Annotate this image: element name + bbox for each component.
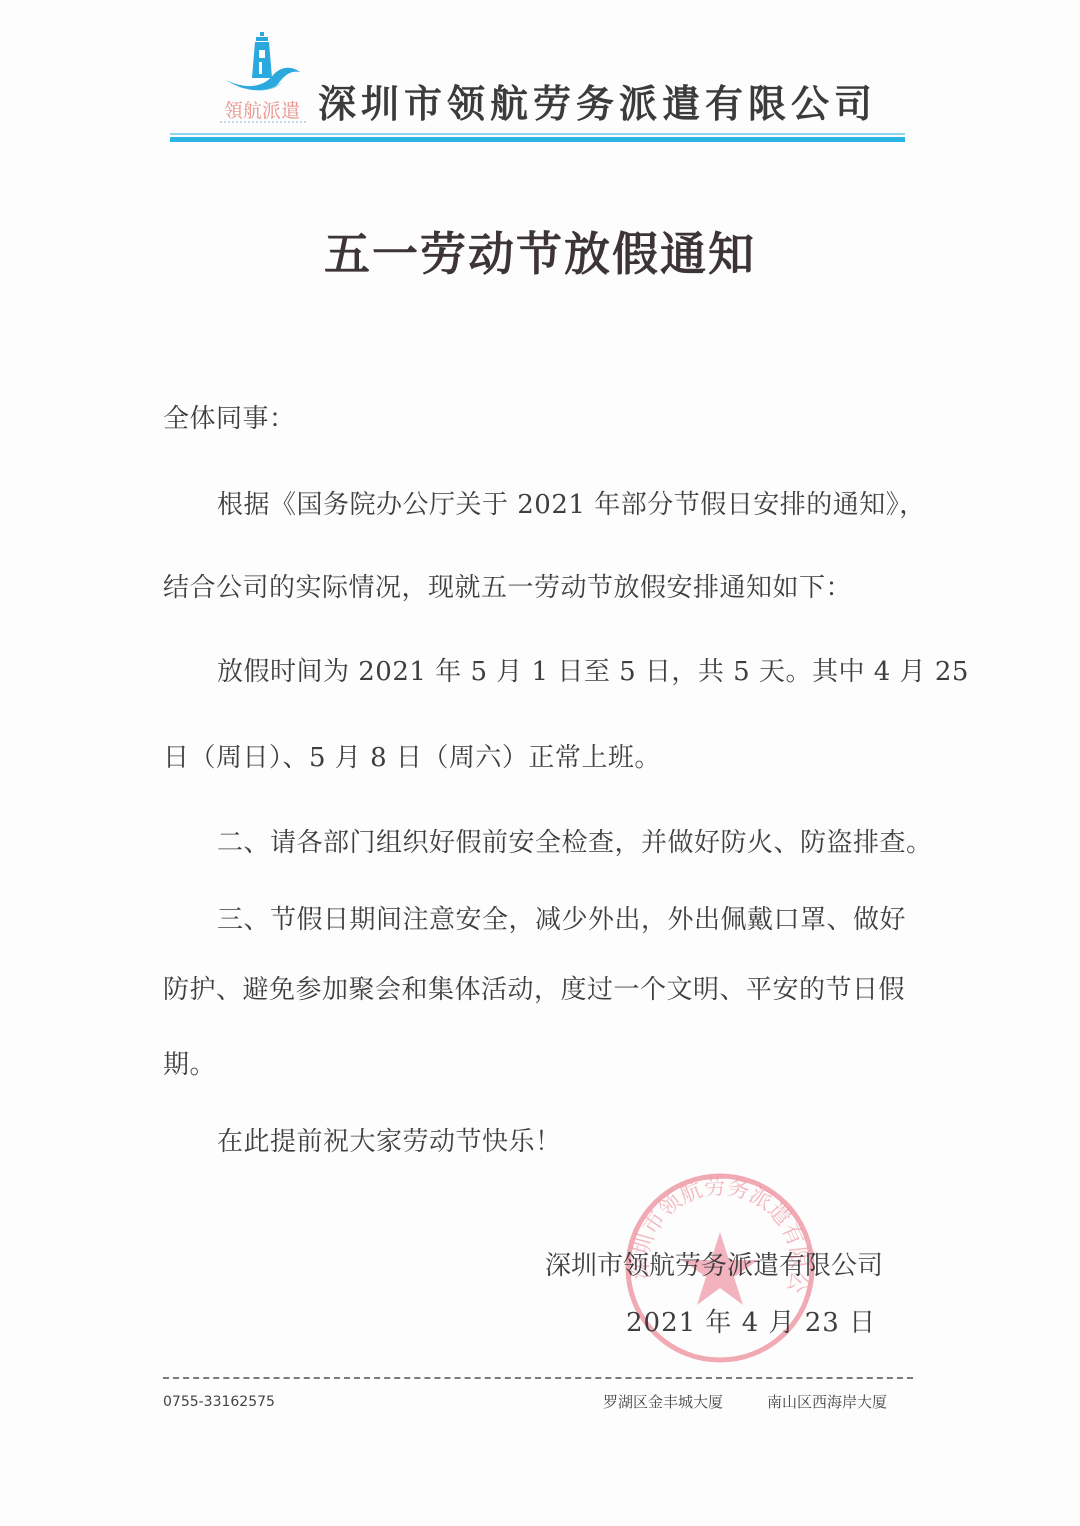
footer-address-nanshan: 南山区西海岸大厦 bbox=[767, 1391, 887, 1412]
closing-line: 在此提前祝大家劳动节快乐！ bbox=[217, 1121, 562, 1158]
body-line: 日（周日）、5 月 8 日（周六）正常上班。 bbox=[163, 737, 661, 774]
logo-subtitle bbox=[220, 121, 306, 124]
body-line: 三、节假日期间注意安全，减少外出，外出佩戴口罩、做好 bbox=[217, 899, 906, 936]
letterhead: 領航派遣 深圳市领航劳务派遣有限公司 bbox=[0, 0, 1080, 160]
body-line: 防护、避免参加聚会和集体活动，度过一个文明、平安的节日假 bbox=[163, 969, 905, 1006]
logo-text: 領航派遣 bbox=[212, 96, 312, 123]
document-title: 五一劳动节放假通知 bbox=[0, 218, 1080, 284]
body-line: 根据《国务院办公厅关于 2021 年部分节假日安排的通知》， bbox=[217, 484, 926, 521]
company-logo: 領航派遣 bbox=[212, 30, 312, 125]
body-line: 二、请各部门组织好假前安全检查，并做好防火、防盗排查。 bbox=[217, 822, 933, 859]
footer-address-luohu: 罗湖区金丰城大厦 bbox=[603, 1391, 723, 1412]
salutation: 全体同事： bbox=[163, 398, 296, 435]
header-rule bbox=[170, 137, 905, 142]
body-line: 期。 bbox=[163, 1044, 216, 1081]
footer-divider bbox=[163, 1377, 913, 1379]
signature-date: 2021 年 4 月 23 日 bbox=[626, 1302, 876, 1339]
company-header: 深圳市领航劳务派遣有限公司 bbox=[318, 73, 877, 128]
lighthouse-icon bbox=[212, 30, 312, 96]
signature-company: 深圳市领航劳务派遣有限公司 bbox=[545, 1245, 883, 1282]
body-line: 结合公司的实际情况，现就五一劳动节放假安排通知如下： bbox=[163, 567, 852, 604]
footer-phone: 0755-33162575 bbox=[163, 1394, 275, 1410]
header-rule-thin bbox=[170, 133, 905, 135]
body-line: 放假时间为 2021 年 5 月 1 日至 5 日，共 5 天。其中 4 月 2… bbox=[217, 651, 969, 688]
